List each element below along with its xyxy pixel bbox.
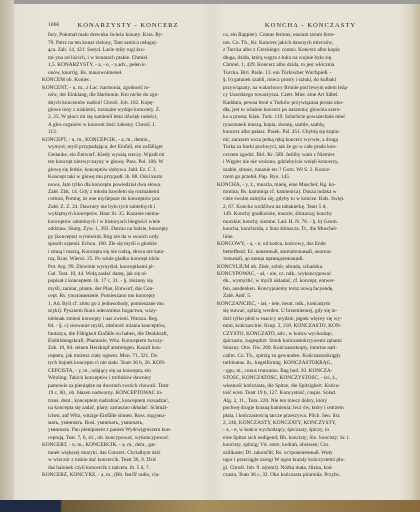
dictionary-text-line: rzem go przebił. Pap. Byo. 145.	[223, 174, 398, 181]
dictionary-text-line: wymysł, myśl przypadająca, der Einfall, …	[48, 144, 208, 151]
dictionary-text-line: 19 c, 60., ob. błazen nadworny. KONCEPTO…	[48, 390, 208, 397]
dictionary-text-line: Gedanke, ein Entwurf. Kiedy wyszłą rzecz…	[48, 152, 208, 159]
dictionary-text-line: linie.	[223, 234, 398, 241]
dictionary-text-line: мать, умничать. Rosl. умничать, умничать…	[48, 420, 208, 427]
dictionary-text-line: ąca. Zab. 14, 421. Szeyd. Lasie miły rug…	[48, 47, 208, 54]
dictionary-text-line: 70. Patrz na ten konar zielony, Tam sami…	[48, 40, 208, 47]
dictionary-text-line: oddziaw. Skarg. Zyw. 1, 393. Darmo na lu…	[48, 226, 208, 233]
dictionary-text-line: myśli, zamiar, plante, der Plan, Entwurf…	[48, 286, 208, 293]
dictionary-entry-headword-line: KONCEM ob. Koniec.	[42, 77, 208, 84]
dictionary-text-line: dk., wymyślić, w myśli układać, cf. konc…	[223, 278, 398, 285]
dictionary-text-line: Witzling. Takich konceptów i trefniśów d…	[48, 375, 208, 382]
dictionary-text-line: ceptują. Teat. 7, 6, 41., ob. koncypować…	[48, 435, 208, 442]
right-page-text: ca, ein Rappier). Contus ferreus; ensium…	[223, 32, 398, 479]
dictionary-text-line: koncha, konchoida, z linia ślimacza. Tr.…	[223, 226, 398, 233]
dictionary-text-line: ichen, auf Witz, witzige Einfälle sinnen…	[48, 413, 208, 420]
dictionary-entry-headword-line: KONCERZ, KONCYRZ, - a, m., (Bh. fenčíř r…	[42, 472, 208, 479]
dictionary-text-line: nowa, Jam tylko dla konceptu powiedział …	[48, 182, 208, 189]
dictionary-text-line: 149. Konchy gradkośnie, muszle, ślimaczą…	[223, 211, 398, 218]
dictionary-text-line: mmina; Bs. kammiqa cf. kamienica). Dusza…	[223, 189, 398, 196]
dictionary-text-line: Chmiel. 1, 429. Koncerz albo dzida, to j…	[223, 62, 398, 69]
dictionary-text-line: cy Usarskiego towarzysza. Czetr. Mier. e…	[223, 92, 398, 99]
dictionary-entry-headword-line: KONCYPOWAĆ, - ał, - uie, cz. ndk., wykon…	[217, 271, 398, 278]
dictionary-text-line: Gal. Teat. 10, 44. Wołą zasłać damę, jak…	[48, 271, 208, 278]
dictionary-text-line: koncisty, spitzig; Vd. ostre, kodrah, ob…	[223, 442, 398, 449]
dictionary-text-line: rzą. Kras. Wiersz. 25. Po winie gładko k…	[48, 256, 208, 263]
dictionary-entry-headword-line: KONCYLIUM ob. Zbór, sobór, obrada, schad…	[217, 264, 398, 271]
dictionary-text-line: onów, knorrig. Bs. mauowoimeneł.	[48, 70, 208, 77]
dictionary-text-line: CEPCISTA, - y, m., udający się na koncep…	[48, 368, 208, 375]
dictionary-text-line: um. Cn. Th., Kr. Koncerz jakich dawnych …	[223, 40, 398, 47]
dictionary-text-line: cept. Rs. уполовинанiе. Pomieszano mu ko…	[48, 293, 208, 300]
dictionary-text-line: умничать. Pan plenipotent z panem Wydrwi…	[48, 427, 208, 434]
dictionary-text-line: turbinatus. ib., kegelförmig. KONCZASTOK…	[223, 360, 398, 367]
dictionary-text-line: 1,5. KONARZYSTY, - a, - e, - a adv., peł…	[48, 62, 208, 69]
dictionary-text-line: 84. - §. c) snowanie myśli, zdolność mia…	[48, 323, 208, 330]
scan-background-bottom	[0, 500, 420, 512]
dictionary-text-line: py (koncepta) wymieśnił, Bóg nie da w sw…	[48, 234, 208, 241]
dictionary-text-line: w wieczór z niskie dać koncercik. Teatr …	[48, 457, 208, 464]
dictionary-text-line: Strasny. Otw. Ow. 260. Kończastokopty, i…	[223, 345, 398, 352]
dictionary-text-line: Turcka. Birl. Pasle. 13. ein Türkischer …	[223, 70, 398, 77]
dictionary-text-line: §. b) gatunek szabli, miecz prosty i szt…	[223, 77, 398, 84]
dictionary-text-line: Pot. Arg. 99. Złowmie wymyślał, konceptk…	[48, 264, 208, 271]
dictionary-text-line: mmi, kończarcirie. Krup. 2, 218. KONCZAS…	[223, 323, 398, 330]
dictionary-text-line: szable, sbroie, runanie etc.? Gorn. Wł S…	[223, 167, 398, 174]
dictionary-text-line: głowe tony z niskiemi, rozmaite wydaje k…	[48, 107, 208, 114]
dictionary-text-line: cottura, Pomnę, że one myślepsze do konc…	[48, 196, 208, 203]
dictionary-text-line: trans. dont., konceptem nadrabiać, konce…	[48, 398, 208, 405]
dictionary-text-line: się stawać, spitzig werden. U brzemienne…	[223, 308, 398, 315]
dictionary-text-line: gi. Chrośl. Job. 9. n(remi). Nóżka mała,…	[223, 465, 398, 472]
dictionary-text-line: calim. Cn. Th., spitzig zu gewunden. Koń…	[223, 353, 398, 360]
dictionary-text-line: - ęgu, m., conus truncatus. Bag bud. 20.…	[223, 368, 398, 375]
dictionary-text-line: Koncept taki w głowę mu przypadł. ib. 88…	[48, 174, 208, 181]
dictionary-text-line: niebnak zmieni koncepty i nas zwieni. Wa…	[48, 316, 208, 323]
dictionary-spread: 1066 KONARZYSTY - KONCERZ fury, Połomał …	[0, 0, 420, 500]
dictionary-text-line: mi-yna od liścich, i w konarach ptakie. …	[48, 55, 208, 62]
dictionary-text-line: 2, 25. W płacz mi się zamienił letni dźw…	[48, 114, 208, 121]
dictionary-text-line: Zabł. Amf. 5.	[223, 293, 398, 300]
dictionary-text-line: konceptów subtelnych i w historyach bieg…	[48, 219, 208, 226]
dictionary-text-line: Alg. 2, 11., Tora. 220. Nie ten miecz do…	[223, 398, 398, 405]
dictionary-text-line: 113.	[48, 129, 208, 136]
dictionary-text-line: szyki). Pysznem Ikaro uderzmiesz bogactw…	[48, 308, 208, 315]
dictionary-text-line: rynsztunek muszą, kopia, skonię, szable,…	[223, 122, 398, 129]
dictionary-text-line: koncerz albo pałasz. Pasek. Pal. 451. Ch…	[223, 129, 398, 136]
dictionary-text-line: Zab. 10, 84. seinen Herzkopf anstrengen.…	[48, 345, 208, 352]
scan-top-edge	[0, 0, 420, 4]
dictionary-text-line: 1, Ad. Byli cf. zbito go z jednesobody, …	[48, 301, 208, 308]
dictionary-entry-headword-line: KONCERT, - u, m., KONCERCIK, - a, m., de…	[42, 442, 208, 449]
dictionary-text-line: Zabł. Z. Z. 24. Dawniey nie było tych su…	[48, 204, 208, 211]
dictionary-text-line: - a, - e, w końcu wychodzący, śpiczasty,…	[223, 427, 398, 434]
right-page-column: KONCHA - KONCZASTY ca, ein Rappier). Con…	[223, 22, 398, 480]
dictionary-entry-headword-line: KONCOWY, - a, - e, od końca, końcowy, da…	[217, 241, 398, 248]
page-number: 1066	[48, 22, 59, 29]
dictionary-text-line: Turka za burki pochwyci, tak że go w cał…	[223, 144, 398, 151]
running-head-title: KONCHA - KONCZASTY	[265, 22, 356, 29]
dictionary-text-line: ten koncept niezwyczayny w głowę. Pass. …	[48, 159, 208, 166]
dictionary-text-line: ciele swoim zamyka się, gdyby to w koncz…	[223, 196, 398, 203]
dictionary-text-line: z Turcka albo z Greckiego: contus. Konce…	[223, 47, 398, 54]
dictionary-entry-headword-line: KONCZAŃCIEĆ, - iał, - ieie, neutr. ndk.,…	[217, 301, 398, 308]
dictionary-entry-headword-line: KONCHA, - y, ż., muszla, mielę, eine Mus…	[217, 182, 398, 189]
page-edge-left	[0, 0, 14, 500]
dictionary-text-line: morskie; konchy ziemne. Lad. H. N. 76. -…	[223, 219, 398, 226]
dictionary-text-line: głowę się ferbie, konceptów dobywa. Jabł…	[48, 167, 208, 174]
dictionary-text-line: wykiętnych konceptów. Haur St. 35. Kazan…	[48, 211, 208, 218]
dictionary-text-line: długa, dzida, którą węgra z łuku na wojn…	[223, 55, 398, 62]
dictionary-text-line: тельный, до конца принадлежащий.	[223, 256, 398, 263]
dictionary-text-line: tych hojnek konceptu ci nie stało. Teatr…	[48, 360, 208, 367]
dictionary-text-line: cerzem zgodzi. Birl. Kr. 589. Jeśliby wa…	[223, 152, 398, 159]
dictionary-text-line: tunek większej muzyki, das Concert. Chci…	[48, 450, 208, 457]
dictionary-text-line: czasta, Teatr 36 c, 32. Oko kończasta pi…	[223, 472, 398, 479]
dictionary-text-line: dnych koncentów nadroi! Chrośl. Job. 162…	[48, 100, 208, 107]
dictionary-text-line: Einbildungskraft, Phantasie, Witz. Konce…	[48, 338, 208, 345]
left-page-text: fury, Połomał mało drewnka świeżo konary…	[48, 32, 208, 479]
dictionary-entry-headword-line: KONCENT, - u, m., z Lac. harmonia, zgodn…	[42, 85, 208, 92]
dictionary-text-line: ugor i przeciągle zarogi W ogon kraisły …	[223, 457, 398, 464]
dictionary-text-line: płata, i kończastością tarcze przeszywa.…	[223, 413, 398, 420]
dictionary-entry-headword-line: KONCEPT, - u, m., KONCEPCIK, - a, m., de…	[42, 137, 208, 144]
dictionary-text-line: tość ecen. Teatr 19 b, 127. Koncystość, …	[223, 390, 398, 397]
dictionary-text-line: Zabł. Zbk. 14. Gdy z młodu bawiłem się r…	[48, 189, 208, 196]
left-running-head: 1066 KONARZYSTY - KONCERZ	[48, 22, 208, 29]
dictionary-text-line: popisał z konceptem. ib. 17 c, 31. - §. …	[48, 278, 208, 285]
dictionary-text-line: własność kończasta, die Spitze, die Spit…	[223, 383, 398, 390]
dictionary-text-line: Kaddara, pewna broń u Turków przywiązana…	[223, 100, 398, 107]
dictionary-text-line: i smuą i marzą, Koncepta się nie rodzą, …	[48, 249, 208, 256]
dictionary-text-line: śpiczasto, zugespitzt. Smok kończastokrz…	[223, 338, 398, 345]
dictionary-text-line: fen, ausdenken. Koncypuiemy teraz nową f…	[223, 286, 398, 293]
dictionary-text-line: ca, ein Rappier). Contus ferreus; ensium…	[223, 32, 398, 39]
running-head-title: KONARZYSTY - KONCERZ	[77, 22, 178, 29]
dictionary-text-line: CZYSTO, KONCZATO, adv., w końcu wychodzą…	[223, 331, 398, 338]
dictionary-text-line: 2, 246, KONCZASTY, KONCZATY, KONCZYSTY,	[223, 420, 398, 427]
dictionary-text-line: dziś tylko płód w macicy urydzie, pępek …	[223, 316, 398, 323]
dictionary-text-line: na koncepta się zadać, plany zatraszno u…	[48, 405, 208, 412]
dictionary-text-line: sposób szpenił. Echon. 160. Źle się myśl…	[48, 241, 208, 248]
dictionary-text-line: A głos organów w koncent dość żałosny. C…	[48, 122, 208, 129]
dictionary-text-line: pamowie za pieniądze na dworach swoich c…	[48, 383, 208, 390]
dictionary-text-line: STOŚĆ, KONCZATOŚĆ, KONCZYSTOŚĆ, - ści, ż…	[223, 375, 398, 382]
dictionary-text-line: pochwę drogie krasną kamienia; lecz ów, …	[223, 405, 398, 412]
dictionary-text-line: ka u prosta, Klak. Turk. 119. Szlachcie …	[223, 114, 398, 121]
dictionary-text-line: i Węgier nie nie wożono, gdziebyście wzi…	[223, 159, 398, 166]
dictionary-text-line: nów, der Einklang, die Harmonie. Kto nic…	[48, 92, 208, 99]
dictionary-text-line: szilikaste; Dl. zakončlit; Rs. остроконе…	[223, 450, 398, 457]
dictionary-text-line: fury, Połomał mało drewnka świeżo konary…	[48, 32, 208, 39]
dictionary-text-line: daś balonek czyli koncercik z tańcem. ib…	[48, 465, 208, 472]
left-page-column: 1066 KONARZYSTY - KONCERZ fury, Połomał …	[48, 22, 208, 480]
dictionary-text-line: betreffend; Ec. конечный, кончательный, …	[223, 249, 398, 256]
dictionary-text-line: przywiązany, na walachowy Brunie pod lew…	[223, 85, 398, 92]
dictionary-text-line: mi; zarazem wsza jedną ręką koncerz wyrw…	[223, 137, 398, 144]
dictionary-text-line: 2, 67. Koncha wzdźliwa na tabakierkę. Te…	[223, 204, 398, 211]
right-running-head: KONCHA - KONCZASTY	[223, 22, 398, 29]
dictionary-text-line: fantazya, die Fähigkeit Einfälle zu habe…	[48, 331, 208, 338]
dictionary-text-line: dła, jest to właśnie koncerz po naszemu;…	[223, 107, 398, 114]
dictionary-text-line: ceptem, jak możesz ciały ognem. Mon. 71,…	[48, 353, 208, 360]
dictionary-text-line: eine Spitze sich endigend; Bh. koncisty;…	[223, 435, 398, 442]
